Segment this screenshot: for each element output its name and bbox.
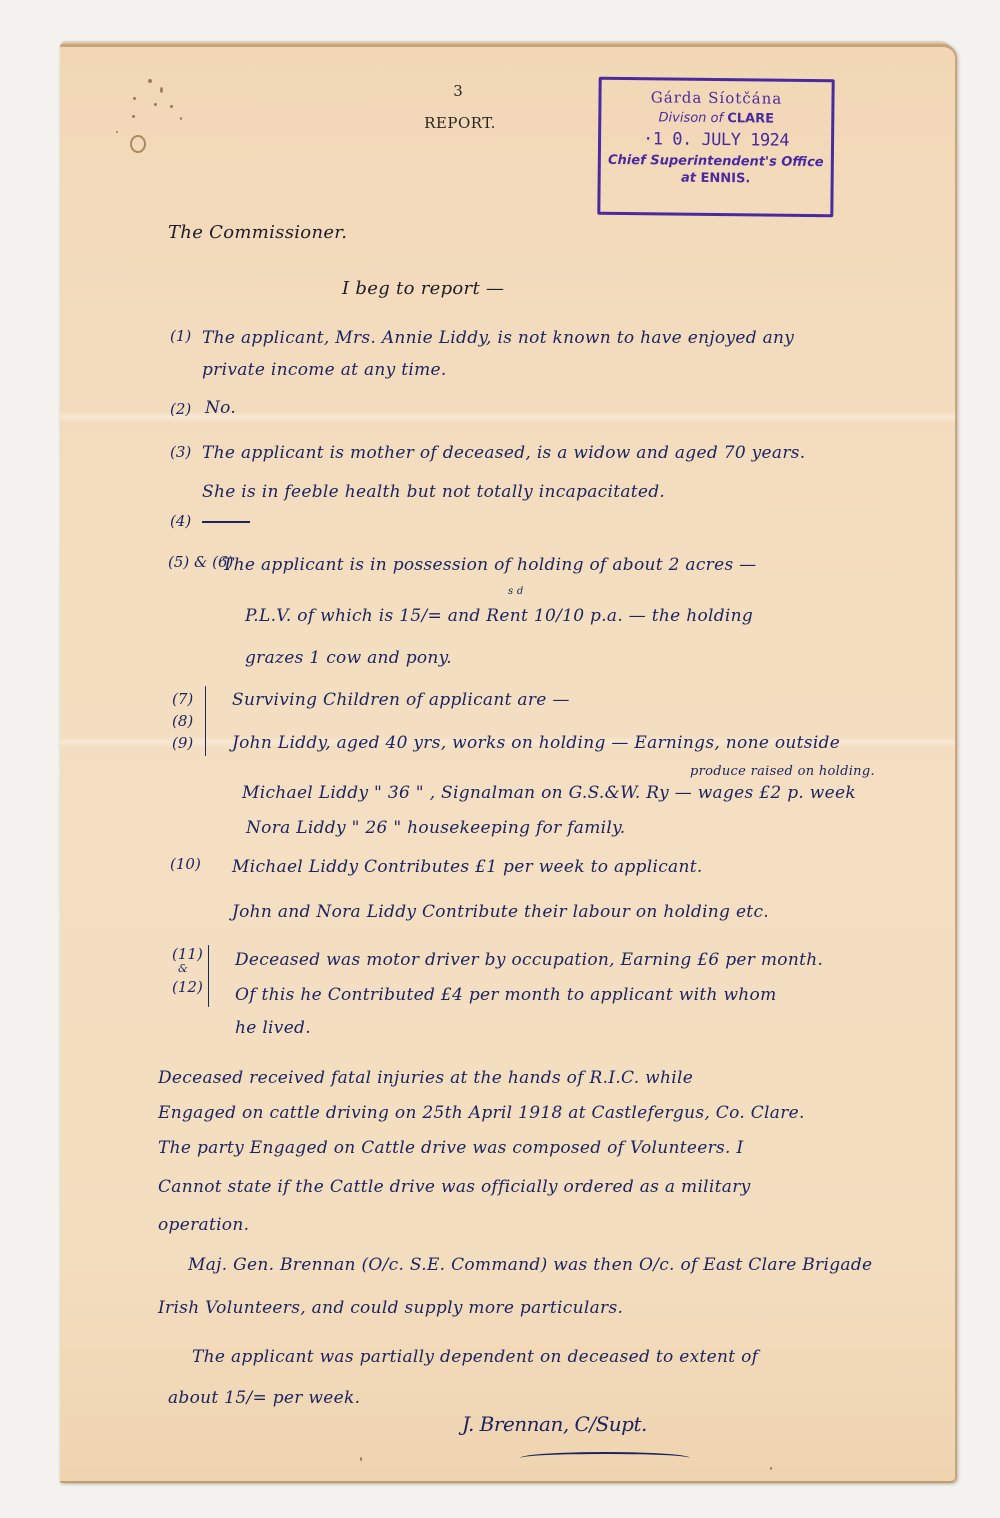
item-number: (4) <box>170 512 191 530</box>
item-number: (11) <box>172 945 203 963</box>
page-number: 3 <box>448 82 468 100</box>
stamp-irish-title: Gárda Síotčána <box>601 90 831 107</box>
bracket-items-11-12 <box>208 945 209 1007</box>
bracket-items-7-9 <box>205 686 206 756</box>
paragraph-line: Deceased received fatal injuries at the … <box>158 1068 693 1088</box>
paragraph-line: operation. <box>158 1215 249 1235</box>
item-line: Surviving Children of applicant are — <box>232 690 570 710</box>
item-line: The applicant, Mrs. Annie Liddy, is not … <box>202 328 794 348</box>
item-number: (3) <box>170 443 191 461</box>
item-line: The applicant is in possession of holdin… <box>222 555 756 575</box>
stamp-office: Chief Superintendent's Office <box>601 154 831 169</box>
paragraph-line: Engaged on cattle driving on 25th April … <box>158 1103 805 1123</box>
signature: J. Brennan, C/Supt. <box>462 1412 647 1436</box>
paragraph-line: The applicant was partially dependent on… <box>192 1347 758 1367</box>
currency-superscript: s d <box>508 586 524 597</box>
item-line: P.L.V. of which is 15/= and Rent 10/10 p… <box>245 606 753 626</box>
item-line: Deceased was motor driver by occupation,… <box>235 950 823 970</box>
paragraph-line: Irish Volunteers, and could supply more … <box>158 1298 623 1318</box>
item-number: (7) <box>172 690 193 708</box>
stamp-location: at ENNIS. <box>601 171 831 186</box>
item-number: (9) <box>172 734 193 752</box>
opening-line: I beg to report — <box>342 278 504 299</box>
paragraph-line: Maj. Gen. Brennan (O/c. S.E. Command) wa… <box>188 1255 872 1275</box>
item-line: private income at any time. <box>202 360 447 380</box>
paragraph-line: Cannot state if the Cattle drive was off… <box>158 1177 751 1197</box>
addressee: The Commissioner. <box>168 222 347 243</box>
item-line: She is in feeble health but not totally … <box>202 482 665 502</box>
item-line: grazes 1 cow and pony. <box>245 648 452 668</box>
item-line: Michael Liddy " 36 " , Signalman on G.S.… <box>242 783 856 803</box>
item-line: Of this he Contributed £4 per month to a… <box>235 985 777 1005</box>
item-line: Michael Liddy Contributes £1 per week to… <box>232 857 703 877</box>
blank-answer-dash <box>202 521 250 523</box>
item-line: No. <box>205 398 236 418</box>
stamp-division: Divison of CLARE <box>601 111 831 126</box>
item-number: (8) <box>172 712 193 730</box>
item-line: he lived. <box>235 1018 311 1038</box>
margin-annotation: produce raised on holding. <box>690 764 875 779</box>
signature-underline <box>520 1452 690 1464</box>
item-number: (2) <box>170 400 191 418</box>
garda-date-stamp: Gárda Síotčána Divison of CLARE ·1 0. JU… <box>597 77 834 217</box>
item-line: John and Nora Liddy Contribute their lab… <box>232 902 769 922</box>
report-heading: REPORT. <box>405 114 515 132</box>
item-number: (10) <box>170 855 201 873</box>
item-line: Nora Liddy " 26 " housekeeping for famil… <box>246 818 625 838</box>
item-line: John Liddy, aged 40 yrs, works on holdin… <box>232 733 840 753</box>
stamp-date: ·1 0. JULY 1924 <box>601 131 831 150</box>
item-number: (1) <box>170 327 191 345</box>
item-line: The applicant is mother of deceased, is … <box>202 443 806 463</box>
paragraph-line: about 15/= per week. <box>168 1388 360 1408</box>
item-number: & <box>178 962 188 975</box>
paragraph-line: The party Engaged on Cattle drive was co… <box>158 1138 743 1158</box>
item-number: (12) <box>172 978 203 996</box>
